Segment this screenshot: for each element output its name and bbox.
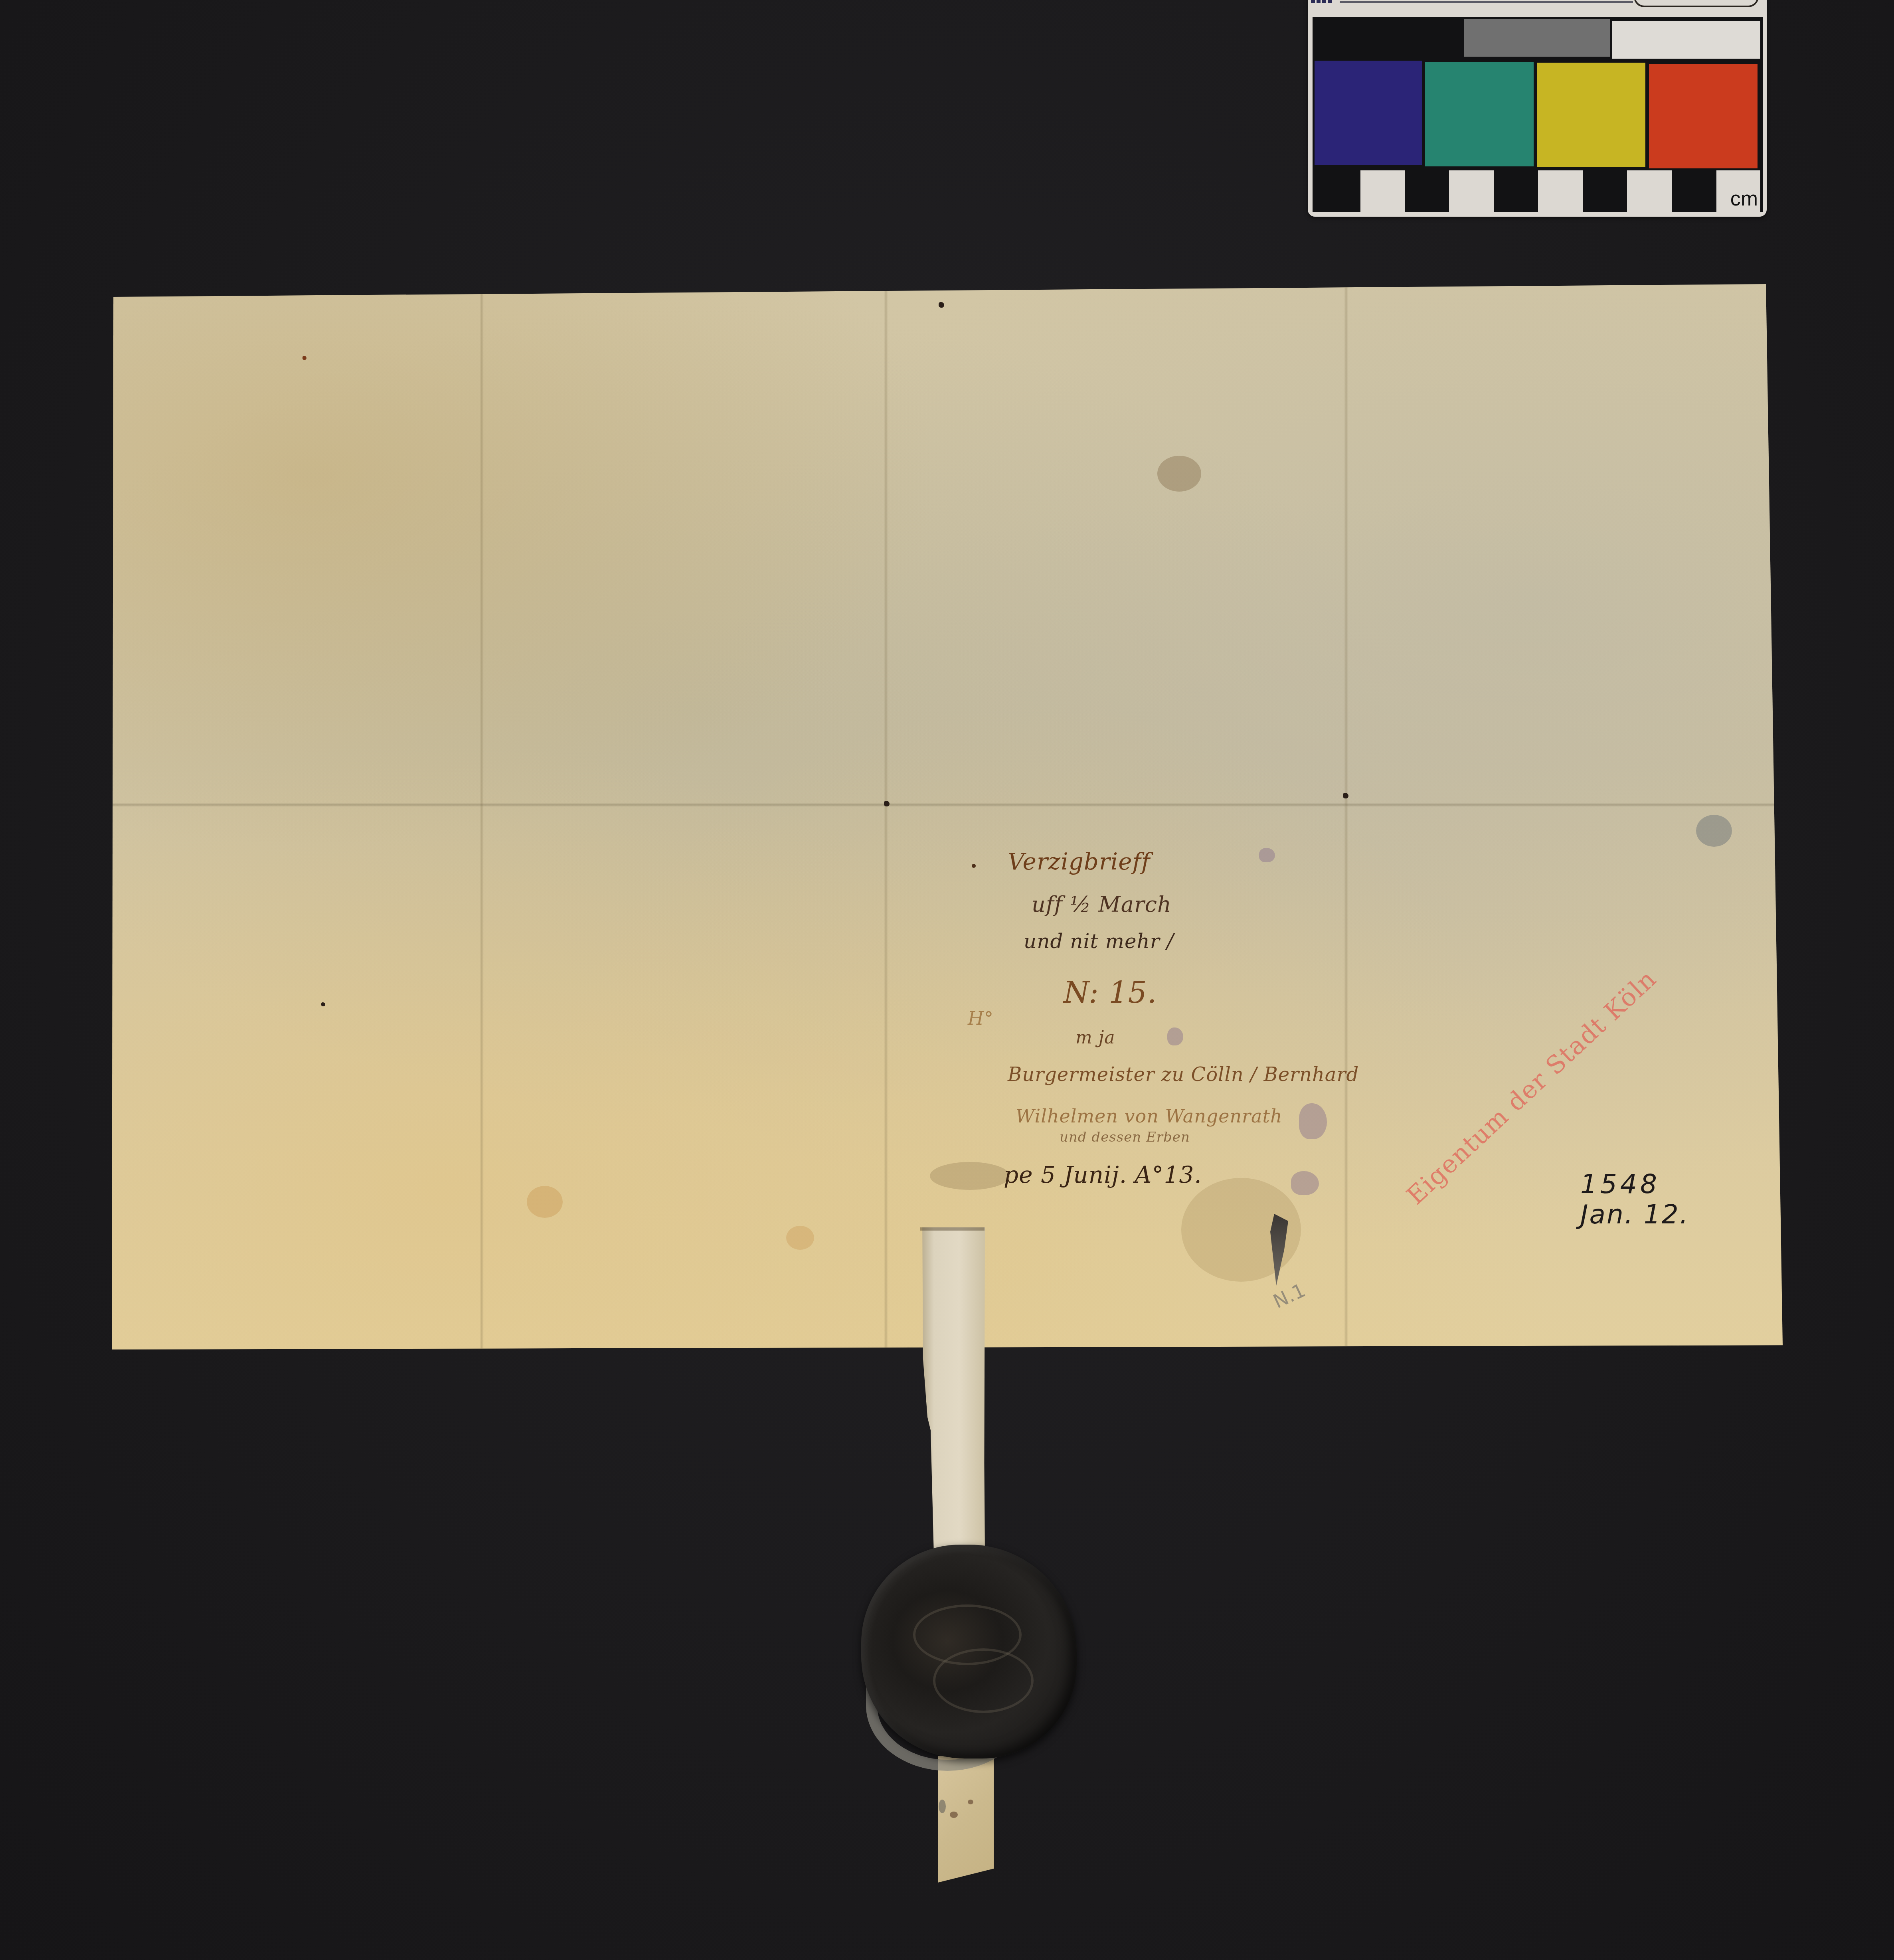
stain (930, 1162, 1010, 1190)
seal-tag-lower (938, 1756, 994, 1883)
color-patch-grid: cm (1313, 17, 1763, 212)
endorsement-line: Verzigbrieff (1008, 848, 1151, 875)
seal-tag-upper (921, 1227, 985, 1555)
stain (786, 1226, 814, 1250)
stain (1157, 456, 1201, 492)
fold-line-horizontal (112, 803, 1783, 807)
archival-day: Jan. 12. (1580, 1199, 1689, 1230)
scale-square: cm (1716, 170, 1760, 212)
scale-unit-label: cm (1730, 187, 1758, 211)
strip-spot (939, 1800, 946, 1813)
patch-black (1313, 17, 1464, 57)
ink-blot (1167, 1027, 1183, 1045)
pin-hole (884, 801, 890, 806)
endorsement-line: und dessen Erben (1060, 1129, 1190, 1145)
endorsement-line: und nit mehr / (1024, 930, 1174, 953)
card-logo (1311, 0, 1332, 3)
pin-hole (302, 356, 306, 360)
color-calibration-card: cm (1308, 0, 1767, 217)
ink-blot (1259, 848, 1275, 862)
patch-teal (1425, 62, 1534, 166)
endorsement-margin-note: H° (968, 1008, 994, 1029)
dorsal-endorsement: Verzigbrieff uff ½ March und nit mehr / … (972, 840, 1331, 1159)
patch-blue (1315, 61, 1422, 165)
archive-photo-stage: cm Verzigbrieff uff ½ March und nit mehr… (0, 0, 1894, 1960)
patch-red (1649, 64, 1758, 168)
scale-square (1538, 170, 1583, 212)
fold-line-vertical (884, 284, 888, 1349)
archival-year: 1548 (1580, 1169, 1689, 1199)
scale-square (1360, 170, 1405, 212)
seal-impression (933, 1648, 1034, 1713)
endorsement-line: Wilhelmen von Wangenrath (1016, 1105, 1283, 1127)
patch-white (1612, 21, 1760, 59)
seal-tag-slot (920, 1227, 985, 1231)
wax-seal (861, 1545, 1077, 1758)
patch-yellow (1537, 63, 1645, 167)
pin-hole (1343, 793, 1348, 798)
ink-blot (1291, 1171, 1319, 1195)
card-rule-line (1340, 1, 1633, 3)
endorsement-line: uff ½ March (1032, 892, 1172, 917)
stain (1680, 1393, 1752, 1481)
endorsement-line: m ja (1076, 1027, 1115, 1048)
endorsement-line: Burgermeister zu Cölln / Bernhard (1008, 1063, 1359, 1086)
patch-grey (1464, 19, 1610, 57)
strip-spot (950, 1812, 958, 1818)
scale-square (1627, 170, 1672, 212)
archival-date-note: 1548 Jan. 12. (1580, 1169, 1689, 1230)
strip-spot (968, 1800, 973, 1804)
pin-hole (321, 1002, 325, 1006)
ink-blot (1299, 1103, 1327, 1139)
stain (1696, 815, 1732, 847)
ink-dot (972, 864, 976, 868)
stain (527, 1186, 563, 1218)
endorsement-number: N: 15. (1064, 976, 1157, 1010)
scale-square (1449, 170, 1494, 212)
fold-line-vertical (1344, 284, 1348, 1349)
fold-line-vertical (480, 284, 484, 1349)
endorsement-date: pe 5 Junij. A°13. (1004, 1161, 1202, 1188)
parchment-sheet (112, 284, 1783, 1349)
pin-hole (939, 302, 944, 308)
card-label-box (1634, 0, 1759, 7)
